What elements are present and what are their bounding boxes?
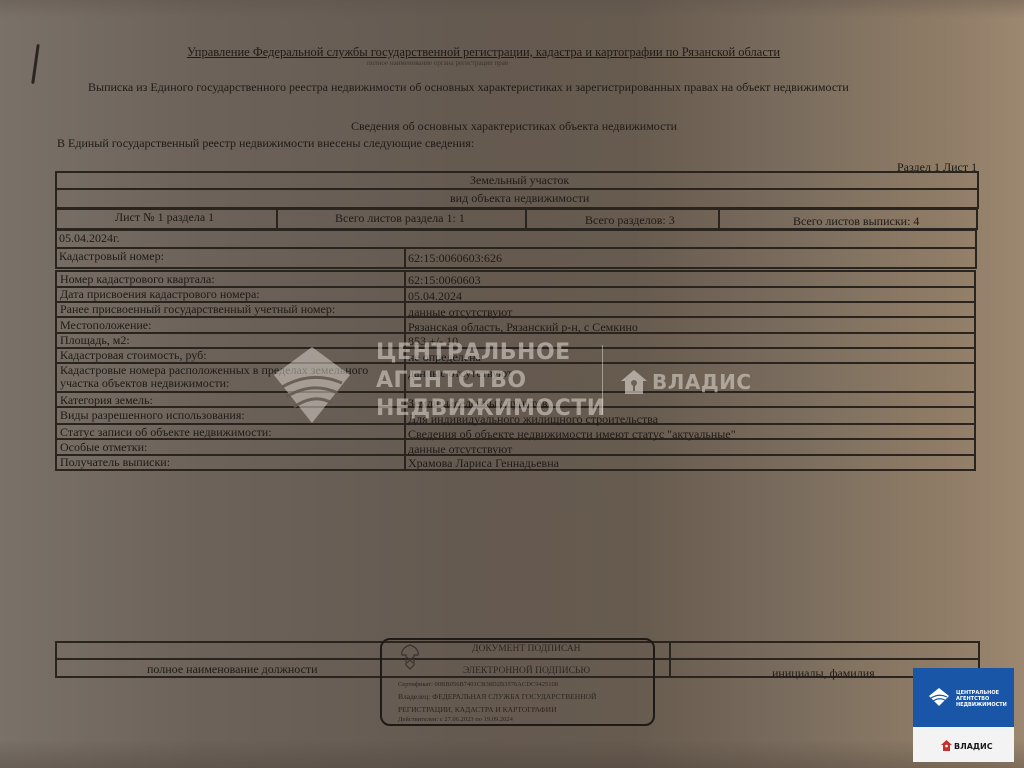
house-key-icon [941,740,952,751]
watermark-divider [602,345,603,415]
diamond-roof-icon [272,345,382,425]
row-label-continued: участка объектов недвижимости: [60,376,229,391]
stamp-owner-continued: РЕГИСТРАЦИИ, КАДАСТРА И КАРТОГРАФИИ [398,705,557,714]
stamp-owner: Владелец: ФЕДЕРАЛЬНАЯ СЛУЖБА ГОСУДАРСТВЕ… [398,692,596,701]
row-label: Виды разрешенного использования: [60,408,245,423]
row-value: 05.04.2024 [408,289,462,304]
stamp-line-2: ЭЛЕКТРОННОЙ ПОДПИСЬЮ [463,666,590,676]
divider [56,247,976,249]
watermark-line-1: ЦЕНТРАЛЬНОЕ [376,340,571,365]
divider [404,248,406,268]
date-cadastral-box [55,229,977,269]
row-label: Статус записи об объекте недвижимости: [60,425,272,440]
watermark-brand: ВЛАДИС [652,370,752,394]
cadastral-number-value: 62:15:0060603:626 [408,251,502,266]
row-label: Номер кадастрового квартала: [60,272,215,287]
row-label: Особые отметки: [60,440,147,455]
divider [669,642,671,677]
watermark-line-3: НЕДВИЖИМОСТИ [376,396,606,421]
divider [276,209,278,229]
object-type-value: Земельный участок [470,173,569,188]
sheet-number: Лист № 1 раздела 1 [115,210,214,225]
name-caption: инициалы, фамилия [772,666,875,681]
sheets-in-section: Всего листов раздела 1: 1 [335,211,465,226]
watermark-line-2: АГЕНТСТВО [376,368,527,393]
registration-authority-name: Управление Федеральной службы государств… [187,45,780,60]
stamp-certificate: Сертификат: 00BB056B7401CB38D2B3576ACDC9… [398,681,558,688]
sections-total: Всего разделов: 3 [585,213,675,228]
row-value: Храмова Лариса Геннадьевна [408,456,559,471]
row-value: 62:15:0060603 [408,273,481,288]
row-label: Ранее присвоенный государственный учетны… [60,302,335,317]
extract-date: 05.04.2024г. [59,231,120,246]
row-label: Категория земель: [60,393,153,408]
object-type-caption: вид объекта недвижимости [450,191,589,206]
stamp-validity: Действителен: с 27.06.2023 по 19.09.2024 [398,716,513,723]
row-label: Получатель выписки: [60,455,170,470]
stamp-line-1: ДОКУМЕНТ ПОДПИСАН [472,644,581,654]
document-title: Выписка из Единого государственного реес… [88,80,849,95]
divider [525,209,527,229]
row-value: Сведения об объекте недвижимости имеют с… [408,427,736,442]
pen-mark [31,44,40,84]
house-key-icon [620,369,648,395]
row-label: Площадь, м2: [60,333,130,348]
diamond-roof-icon [929,688,953,706]
position-caption: полное наименование должности [147,662,318,677]
badge-agency-name: ЦЕНТРАЛЬНОЕ АГЕНТСТВО НЕДВИЖИМОСТИ [956,690,1007,708]
sheets-total: Всего листов выписки: 4 [793,214,919,229]
row-value: данные отсутствуют [408,442,512,457]
cadastral-number-label: Кадастровый номер: [59,249,164,264]
badge-line-3: НЕДВИЖИМОСТИ [956,702,1007,708]
intro-text: В Единый государственный реестр недвижим… [57,136,474,151]
row-label: Дата присвоения кадастрового номера: [60,287,260,302]
registration-authority-caption: полное наименование органа регистрации п… [367,59,508,67]
row-label: Местоположение: [60,318,151,333]
coat-of-arms-icon [398,643,422,671]
divider [56,188,978,190]
row-value: Рязанская область, Рязанский р-н, с Семк… [408,320,638,335]
row-value: данные отсутствуют [408,305,512,320]
agency-logo-badge: ЦЕНТРАЛЬНОЕ АГЕНТСТВО НЕДВИЖИМОСТИ ВЛАДИ… [913,668,1014,762]
section-title: Сведения об основных характеристиках объ… [351,119,677,134]
divider [718,209,720,229]
row-label: Кадастровая стоимость, руб: [60,348,207,363]
badge-brand: ВЛАДИС [954,742,993,751]
